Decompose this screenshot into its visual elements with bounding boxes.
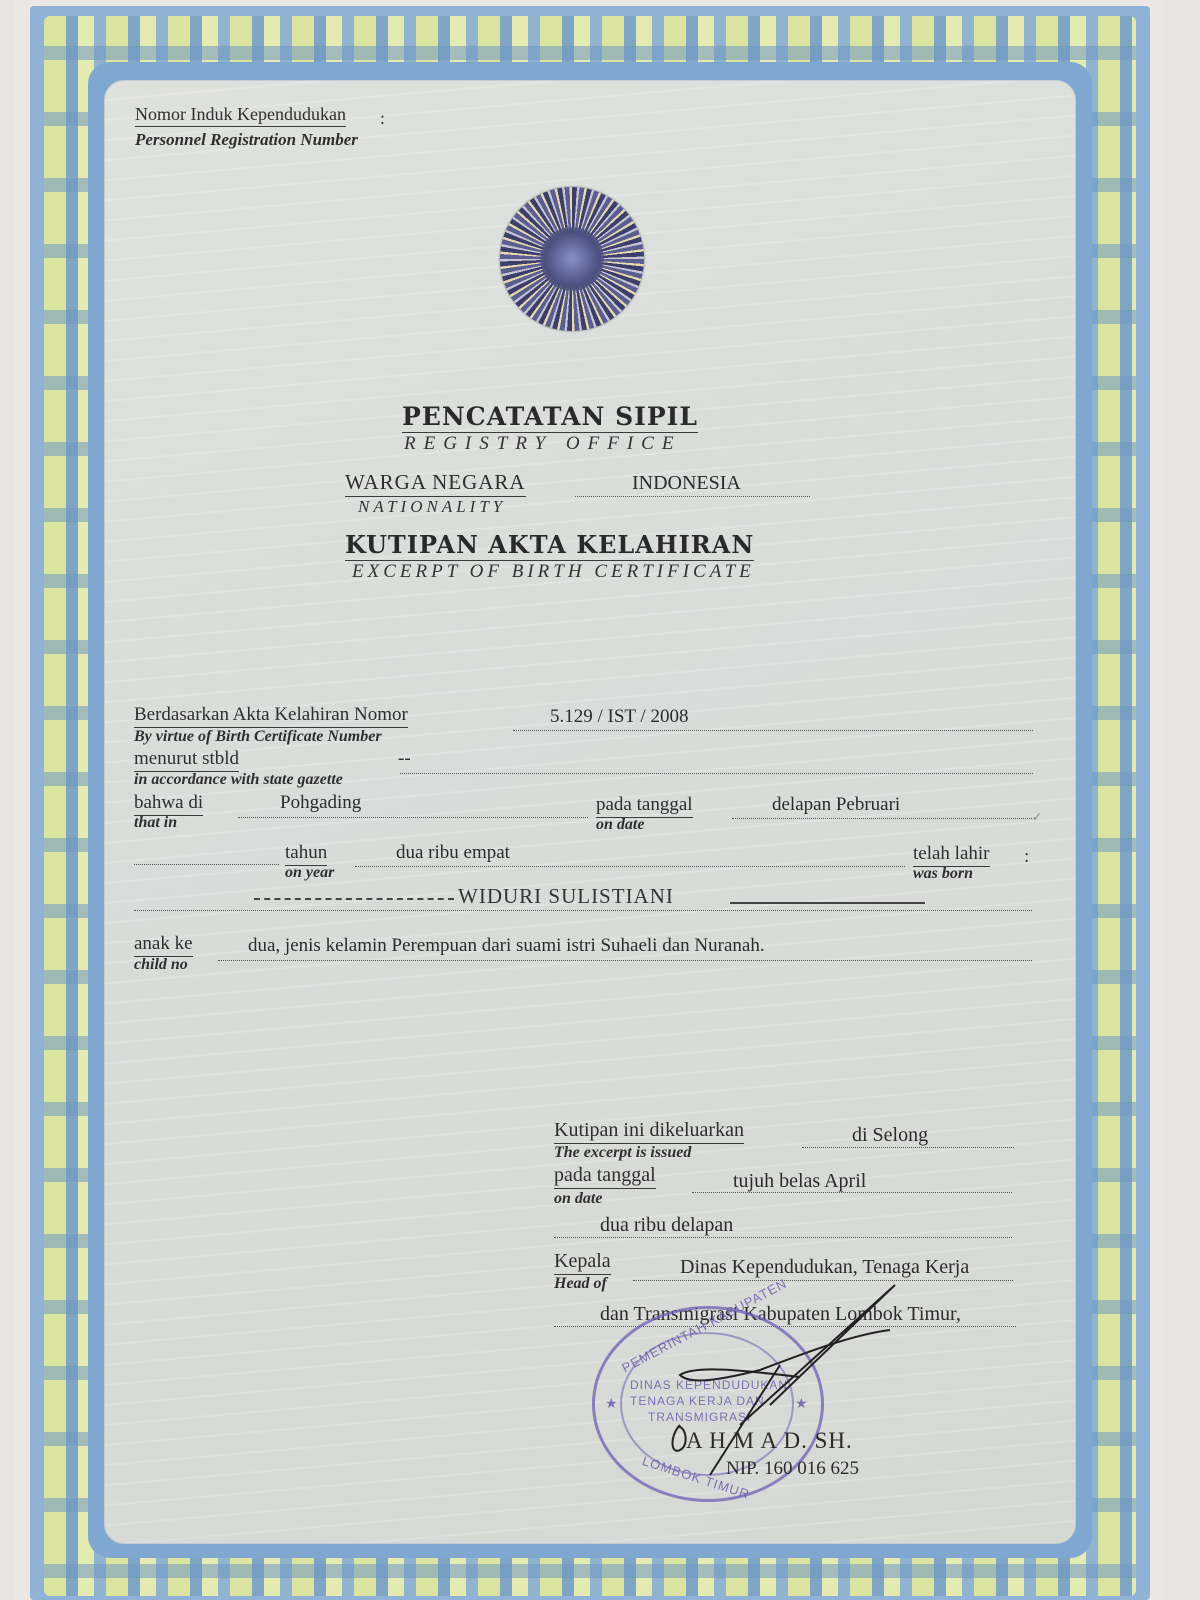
place-dotline xyxy=(238,817,588,818)
name-dotline xyxy=(134,910,1032,911)
issued-label: Kutipan ini dikeluarkan xyxy=(554,1119,744,1144)
birth-date-value: delapan Pebruari xyxy=(772,794,900,816)
place-value: Pohgading xyxy=(280,792,361,814)
born-label-en: was born xyxy=(913,865,973,883)
born-label: telah lahir xyxy=(913,843,990,867)
head-label: Kepala xyxy=(554,1250,611,1275)
child-no-label-en: child no xyxy=(134,956,188,974)
birth-date-dotline xyxy=(732,818,1032,819)
document-title-en: EXCERPT OF BIRTH CERTIFICATE xyxy=(352,561,755,583)
cert-number-label: Berdasarkan Akta Kelahiran Nomor xyxy=(134,704,408,728)
signatory-name: A H M A D. SH. xyxy=(686,1428,853,1454)
office-title: PENCATATAN SIPIL xyxy=(402,402,698,433)
born-colon: : xyxy=(1024,846,1029,868)
issue-date-label: pada tanggal xyxy=(554,1164,656,1189)
stbld-dotline xyxy=(400,773,1033,774)
nik-colon: : xyxy=(380,108,385,129)
cert-number-value: 5.129 / IST / 2008 xyxy=(550,706,688,728)
issue-date-label-en: on date xyxy=(554,1190,602,1208)
check-mark-icon: ✓ xyxy=(1032,810,1042,825)
birth-year-label: tahun xyxy=(285,842,327,866)
birth-date-label: pada tanggal xyxy=(596,794,693,818)
stbld-label-en: in accordance with state gazette xyxy=(134,771,343,789)
nationality-label: WARGA NEGARA xyxy=(345,470,526,497)
nik-label: Nomor Induk Kependudukan xyxy=(135,104,346,127)
issue-year-value: dua ribu delapan xyxy=(600,1214,733,1237)
birth-year-dotline xyxy=(355,866,905,867)
nationality-label-en: NATIONALITY xyxy=(358,497,506,517)
birth-year-value: dua ribu empat xyxy=(396,842,510,864)
birth-date-label-en: on date xyxy=(596,816,644,834)
place-label: bahwa di xyxy=(134,792,203,816)
issued-dotline xyxy=(802,1147,1014,1148)
issued-place-value: di Selong xyxy=(852,1124,928,1147)
head-label-en: Head of xyxy=(554,1275,607,1293)
name-right-line xyxy=(730,902,925,904)
nationality-value: INDONESIA xyxy=(632,472,741,495)
nationality-dotline xyxy=(575,496,810,497)
year-leading-dotline xyxy=(134,864,279,865)
hologram-center xyxy=(540,227,604,291)
stamp-star-icon: ★ xyxy=(605,1395,619,1412)
name-left-dash xyxy=(254,898,454,900)
child-no-dotline xyxy=(218,960,1032,961)
issue-date-value: tujuh belas April xyxy=(733,1170,866,1193)
document-title: KUTIPAN AKTA KELAHIRAN xyxy=(345,530,754,561)
office-title-en: REGISTRY OFFICE xyxy=(404,433,681,455)
nik-label-en: Personnel Registration Number xyxy=(135,130,358,150)
cert-number-dotline xyxy=(513,730,1033,731)
birth-year-label-en: on year xyxy=(285,864,334,882)
place-label-en: that in xyxy=(134,814,177,832)
child-name-value: WIDURI SULISTIANI xyxy=(458,884,674,909)
cert-number-label-en: By virtue of Birth Certificate Number xyxy=(134,728,382,746)
issued-label-en: The excerpt is issued xyxy=(554,1144,691,1162)
stbld-label: menurut stbld xyxy=(134,748,239,772)
child-no-label: anak ke xyxy=(134,933,193,957)
stbld-value: -- xyxy=(398,748,411,770)
signatory-nip: NIP. 160 016 625 xyxy=(726,1458,859,1480)
issue-year-dotline xyxy=(554,1237,1012,1238)
child-no-value: dua, jenis kelamin Perempuan dari suami … xyxy=(248,935,765,957)
